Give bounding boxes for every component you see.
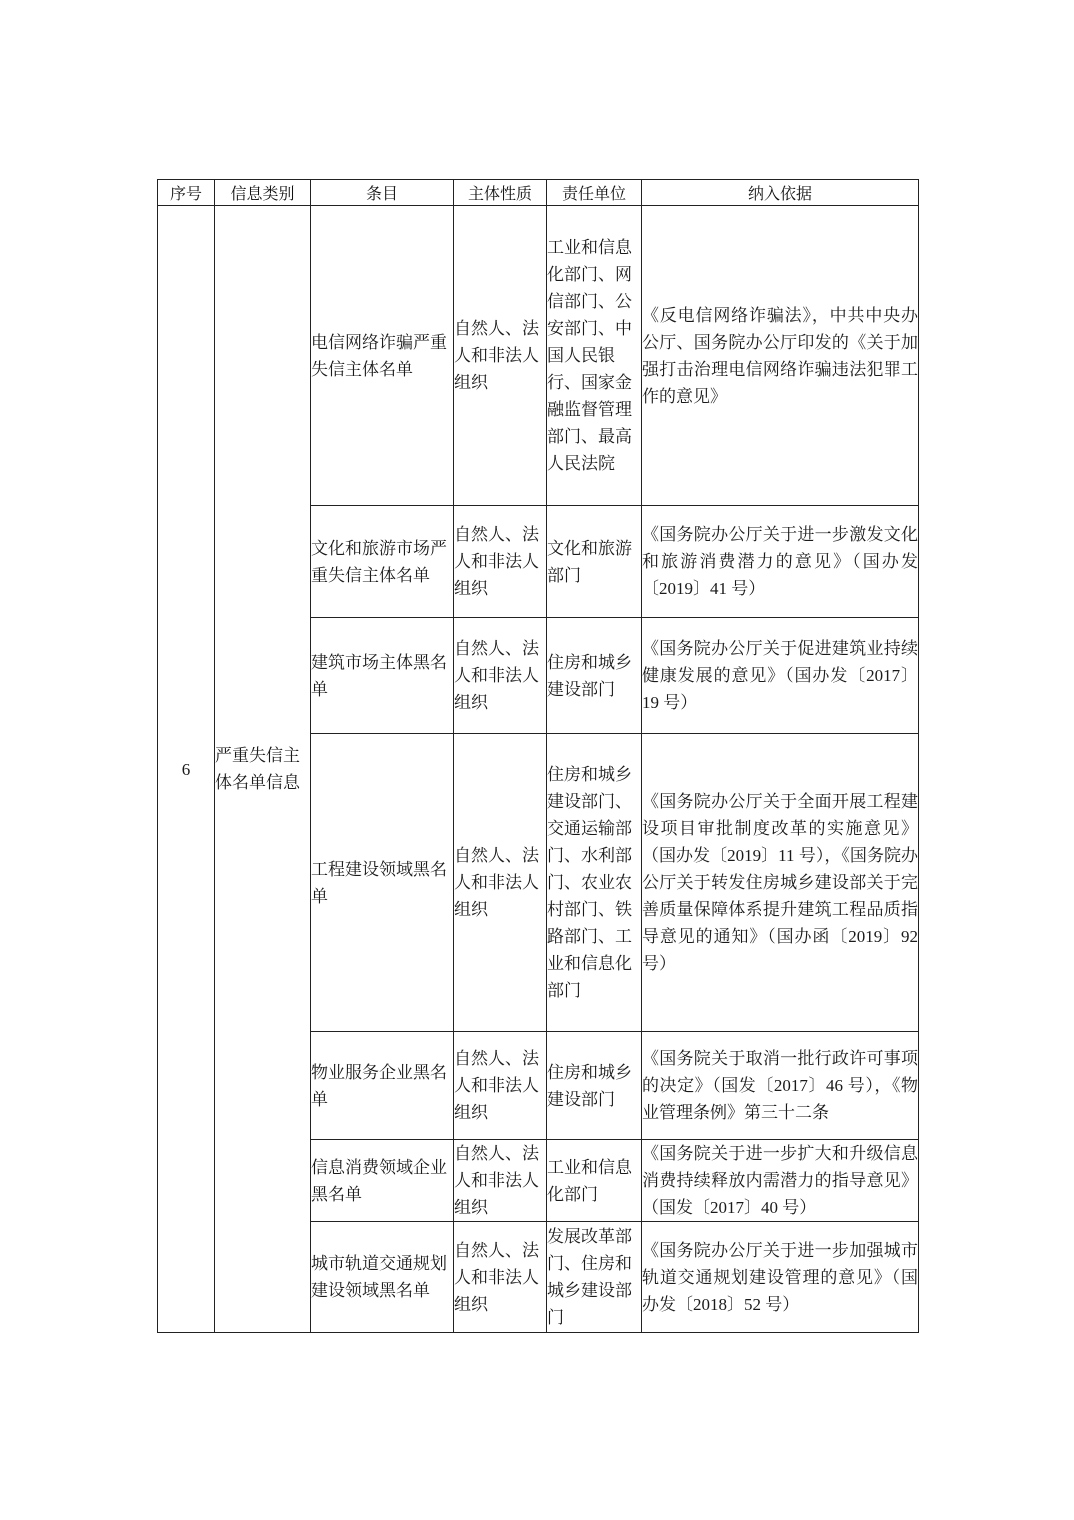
item-cell: 物业服务企业黑名单 [311, 1032, 454, 1140]
dept-cell: 住房和城乡建设部门 [547, 618, 642, 734]
item-cell: 城市轨道交通规划建设领域黑名单 [311, 1222, 454, 1333]
subject-cell: 自然人、法人和非法人组织 [454, 1222, 547, 1333]
subject-cell: 自然人、法人和非法人组织 [454, 734, 547, 1032]
table-row: 6 严重失信主体名单信息 电信网络诈骗严重失信主体名单 自然人、法人和非法人组织… [158, 206, 919, 506]
basis-cell: 《国务院办公厅关于进一步激发文化和旅游消费潜力的意见》（国办发〔2019〕41 … [642, 506, 919, 618]
serial-cell: 6 [158, 206, 215, 1333]
item-cell: 文化和旅游市场严重失信主体名单 [311, 506, 454, 618]
basis-cell: 《国务院关于取消一批行政许可事项的决定》（国发〔2017〕46 号），《物业管理… [642, 1032, 919, 1140]
header-basis: 纳入依据 [642, 180, 919, 206]
subject-cell: 自然人、法人和非法人组织 [454, 618, 547, 734]
dept-cell: 文化和旅游部门 [547, 506, 642, 618]
dept-cell: 发展改革部门、住房和城乡建设部门 [547, 1222, 642, 1333]
subject-cell: 自然人、法人和非法人组织 [454, 1140, 547, 1222]
item-cell: 电信网络诈骗严重失信主体名单 [311, 206, 454, 506]
subject-cell: 自然人、法人和非法人组织 [454, 506, 547, 618]
item-cell: 工程建设领域黑名单 [311, 734, 454, 1032]
item-cell: 建筑市场主体黑名单 [311, 618, 454, 734]
basis-cell: 《反电信网络诈骗法》，中共中央办公厅、国务院办公厅印发的《关于加强打击治理电信网… [642, 206, 919, 506]
basis-cell: 《国务院办公厅关于促进建筑业持续健康发展的意见》（国办发〔2017〕19 号） [642, 618, 919, 734]
basis-cell: 《国务院关于进一步扩大和升级信息消费持续释放内需潜力的指导意见》（国发〔2017… [642, 1140, 919, 1222]
header-item: 条目 [311, 180, 454, 206]
basis-cell: 《国务院办公厅关于全面开展工程建设项目审批制度改革的实施意见》（国办发〔2019… [642, 734, 919, 1032]
subject-cell: 自然人、法人和非法人组织 [454, 206, 547, 506]
dept-cell: 住房和城乡建设部门 [547, 1032, 642, 1140]
dept-cell: 工业和信息化部门 [547, 1140, 642, 1222]
subject-cell: 自然人、法人和非法人组织 [454, 1032, 547, 1140]
item-cell: 信息消费领域企业黑名单 [311, 1140, 454, 1222]
header-row: 序号 信息类别 条目 主体性质 责任单位 纳入依据 [158, 180, 919, 206]
header-serial: 序号 [158, 180, 215, 206]
credit-list-table: 序号 信息类别 条目 主体性质 责任单位 纳入依据 6 严重失信主体名单信息 电… [157, 179, 919, 1333]
dept-cell: 工业和信息化部门、网信部门、公安部门、中国人民银行、国家金融监督管理部门、最高人… [547, 206, 642, 506]
basis-cell: 《国务院办公厅关于进一步加强城市轨道交通规划建设管理的意见》（国办发〔2018〕… [642, 1222, 919, 1333]
category-cell: 严重失信主体名单信息 [215, 206, 311, 1333]
header-category: 信息类别 [215, 180, 311, 206]
dept-cell: 住房和城乡建设部门、交通运输部门、水利部门、农业农村部门、铁路部门、工业和信息化… [547, 734, 642, 1032]
header-subject: 主体性质 [454, 180, 547, 206]
header-dept: 责任单位 [547, 180, 642, 206]
